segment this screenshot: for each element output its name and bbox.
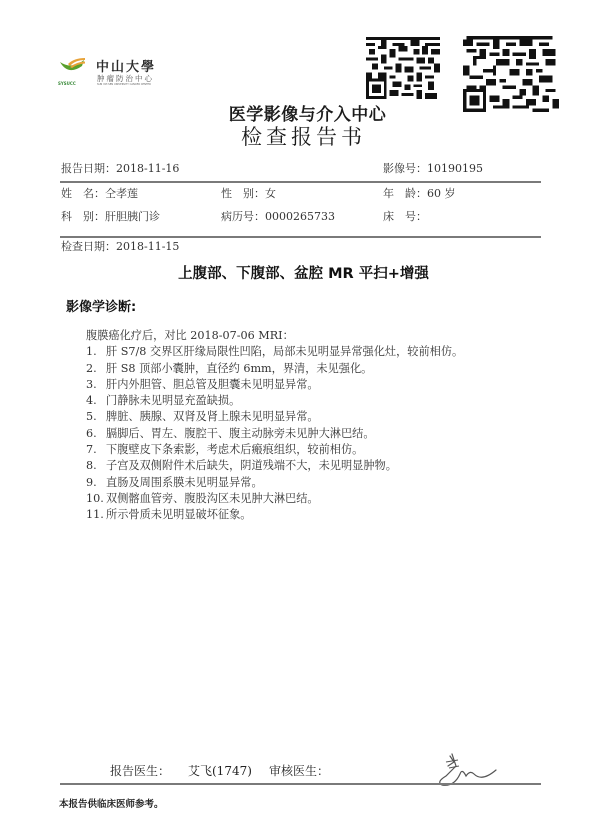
- exam-date-label: 检查日期：: [61, 240, 116, 253]
- footer-disclaimer: 本报告供临床医师参考。: [59, 796, 164, 810]
- patient-department-label: 科 别：: [61, 210, 105, 223]
- image-number: 影像号：10190195: [383, 160, 483, 176]
- finding-item: 11.所示骨质未见明显破坏征象。: [86, 507, 463, 523]
- image-number-value: 10190195: [427, 162, 483, 175]
- finding-text: 双侧髂血管旁、腹股沟区未见肿大淋巴结。: [106, 492, 319, 505]
- finding-number: 6.: [86, 426, 106, 442]
- patient-sex-value: 女: [265, 187, 276, 200]
- reviewer-label: 审核医生：: [269, 762, 329, 779]
- reporter-name: 艾飞(1747): [188, 762, 252, 779]
- exam-date: 检查日期：2018-11-15: [61, 238, 179, 254]
- document-title: 检查报告书: [0, 121, 607, 151]
- patient-age-value: 60 岁: [427, 187, 456, 200]
- patient-age: 年 龄：60 岁: [383, 185, 456, 201]
- image-number-label: 影像号：: [383, 162, 427, 175]
- report-date-value: 2018-11-16: [116, 162, 179, 175]
- finding-number: 5.: [86, 409, 106, 425]
- findings-list: 腹膜癌化疗后，对比 2018-07-06 MRI： 1.肝 S7/8 交界区肝缘…: [86, 328, 463, 524]
- finding-text: 门静脉未见明显充盈缺损。: [106, 394, 240, 407]
- finding-item: 7.下腹壁皮下条索影，考虑术后瘢痕组织，较前相仿。: [86, 442, 463, 458]
- finding-number: 11.: [86, 507, 106, 523]
- patient-age-label: 年 龄：: [383, 187, 427, 200]
- finding-text: 所示骨质未见明显破坏征象。: [106, 508, 251, 521]
- patient-sex-label: 性 别：: [221, 187, 265, 200]
- reporter-label: 报告医生：: [110, 762, 170, 779]
- finding-number: 8.: [86, 458, 106, 474]
- patient-name: 姓 名：仝孝莲: [61, 185, 138, 201]
- finding-item: 6.膈脚后、胃左、腹腔干、腹主动脉旁未见肿大淋巴结。: [86, 426, 463, 442]
- exam-title: 上腹部、下腹部、盆腔 MR 平扫+增强: [0, 262, 607, 283]
- patient-name-label: 姓 名：: [61, 187, 105, 200]
- finding-number: 2.: [86, 361, 106, 377]
- divider-bottom: [60, 783, 541, 785]
- bed-number: 床 号：: [383, 208, 427, 224]
- finding-number: 7.: [86, 442, 106, 458]
- finding-item: 3.肝内外胆管、胆总管及胆囊未见明显异常。: [86, 377, 463, 393]
- finding-number: 1.: [86, 344, 106, 360]
- finding-number: 10.: [86, 491, 106, 507]
- medical-record-label: 病历号：: [221, 210, 265, 223]
- finding-item: 10.双侧髂血管旁、腹股沟区未见肿大淋巴结。: [86, 491, 463, 507]
- diagnosis-heading: 影像学诊断:: [66, 296, 136, 315]
- finding-number: 9.: [86, 475, 106, 491]
- findings-intro: 腹膜癌化疗后，对比 2018-07-06 MRI：: [86, 328, 463, 344]
- finding-text: 直肠及周围系膜未见明显异常。: [106, 476, 263, 489]
- report-date: 报告日期：2018-11-16: [61, 160, 179, 176]
- finding-text: 下腹壁皮下条索影，考虑术后瘢痕组织，较前相仿。: [106, 443, 363, 456]
- patient-name-value: 仝孝莲: [105, 187, 138, 200]
- logo-emblem-icon: [58, 56, 86, 78]
- finding-item: 2.肝 S8 顶部小囊肿，直径约 6mm，界清，未见强化。: [86, 361, 463, 377]
- hospital-logo: SYSUCC 中山大學 肿瘤防治中心 SUN YAT-SEN UNIVERSIT…: [58, 48, 178, 88]
- patient-department: 科 别：肝胆胰门诊: [61, 208, 160, 224]
- finding-item: 5.脾脏、胰腺、双肾及肾上腺未见明显异常。: [86, 409, 463, 425]
- patient-sex: 性 别：女: [221, 185, 276, 201]
- finding-number: 3.: [86, 377, 106, 393]
- finding-text: 子宫及双侧附件术后缺失，阴道残端不大，未见明显肿物。: [106, 459, 397, 472]
- divider-top: [60, 181, 541, 183]
- report-date-label: 报告日期：: [61, 162, 116, 175]
- logo-badge-text: SYSUCC: [58, 81, 76, 86]
- finding-text: 肝 S8 顶部小囊肿，直径约 6mm，界清，未见强化。: [106, 362, 372, 375]
- finding-item: 8.子宫及双侧附件术后缺失，阴道残端不大，未见明显肿物。: [86, 458, 463, 474]
- finding-text: 肝内外胆管、胆总管及胆囊未见明显异常。: [106, 378, 319, 391]
- patient-department-value: 肝胆胰门诊: [105, 210, 160, 223]
- finding-item: 9.直肠及周围系膜未见明显异常。: [86, 475, 463, 491]
- finding-item: 1.肝 S7/8 交界区肝缘局限性凹陷，局部未见明显异常强化灶，较前相仿。: [86, 344, 463, 360]
- qr-code-1: [366, 36, 440, 100]
- finding-text: 肝 S7/8 交界区肝缘局限性凹陷，局部未见明显异常强化灶，较前相仿。: [106, 345, 463, 358]
- medical-record-value: 0000265733: [265, 210, 335, 223]
- exam-date-value: 2018-11-15: [116, 240, 179, 253]
- medical-record-number: 病历号：0000265733: [221, 208, 335, 224]
- finding-item: 4.门静脉未见明显充盈缺损。: [86, 393, 463, 409]
- finding-text: 脾脏、胰腺、双肾及肾上腺未见明显异常。: [106, 410, 319, 423]
- bed-number-label: 床 号：: [383, 210, 427, 223]
- finding-text: 膈脚后、胃左、腹腔干、腹主动脉旁未见肿大淋巴结。: [106, 427, 375, 440]
- logo-center-english: SUN YAT-SEN UNIVERSITY CANCER CENTER: [97, 83, 151, 86]
- finding-number: 4.: [86, 393, 106, 409]
